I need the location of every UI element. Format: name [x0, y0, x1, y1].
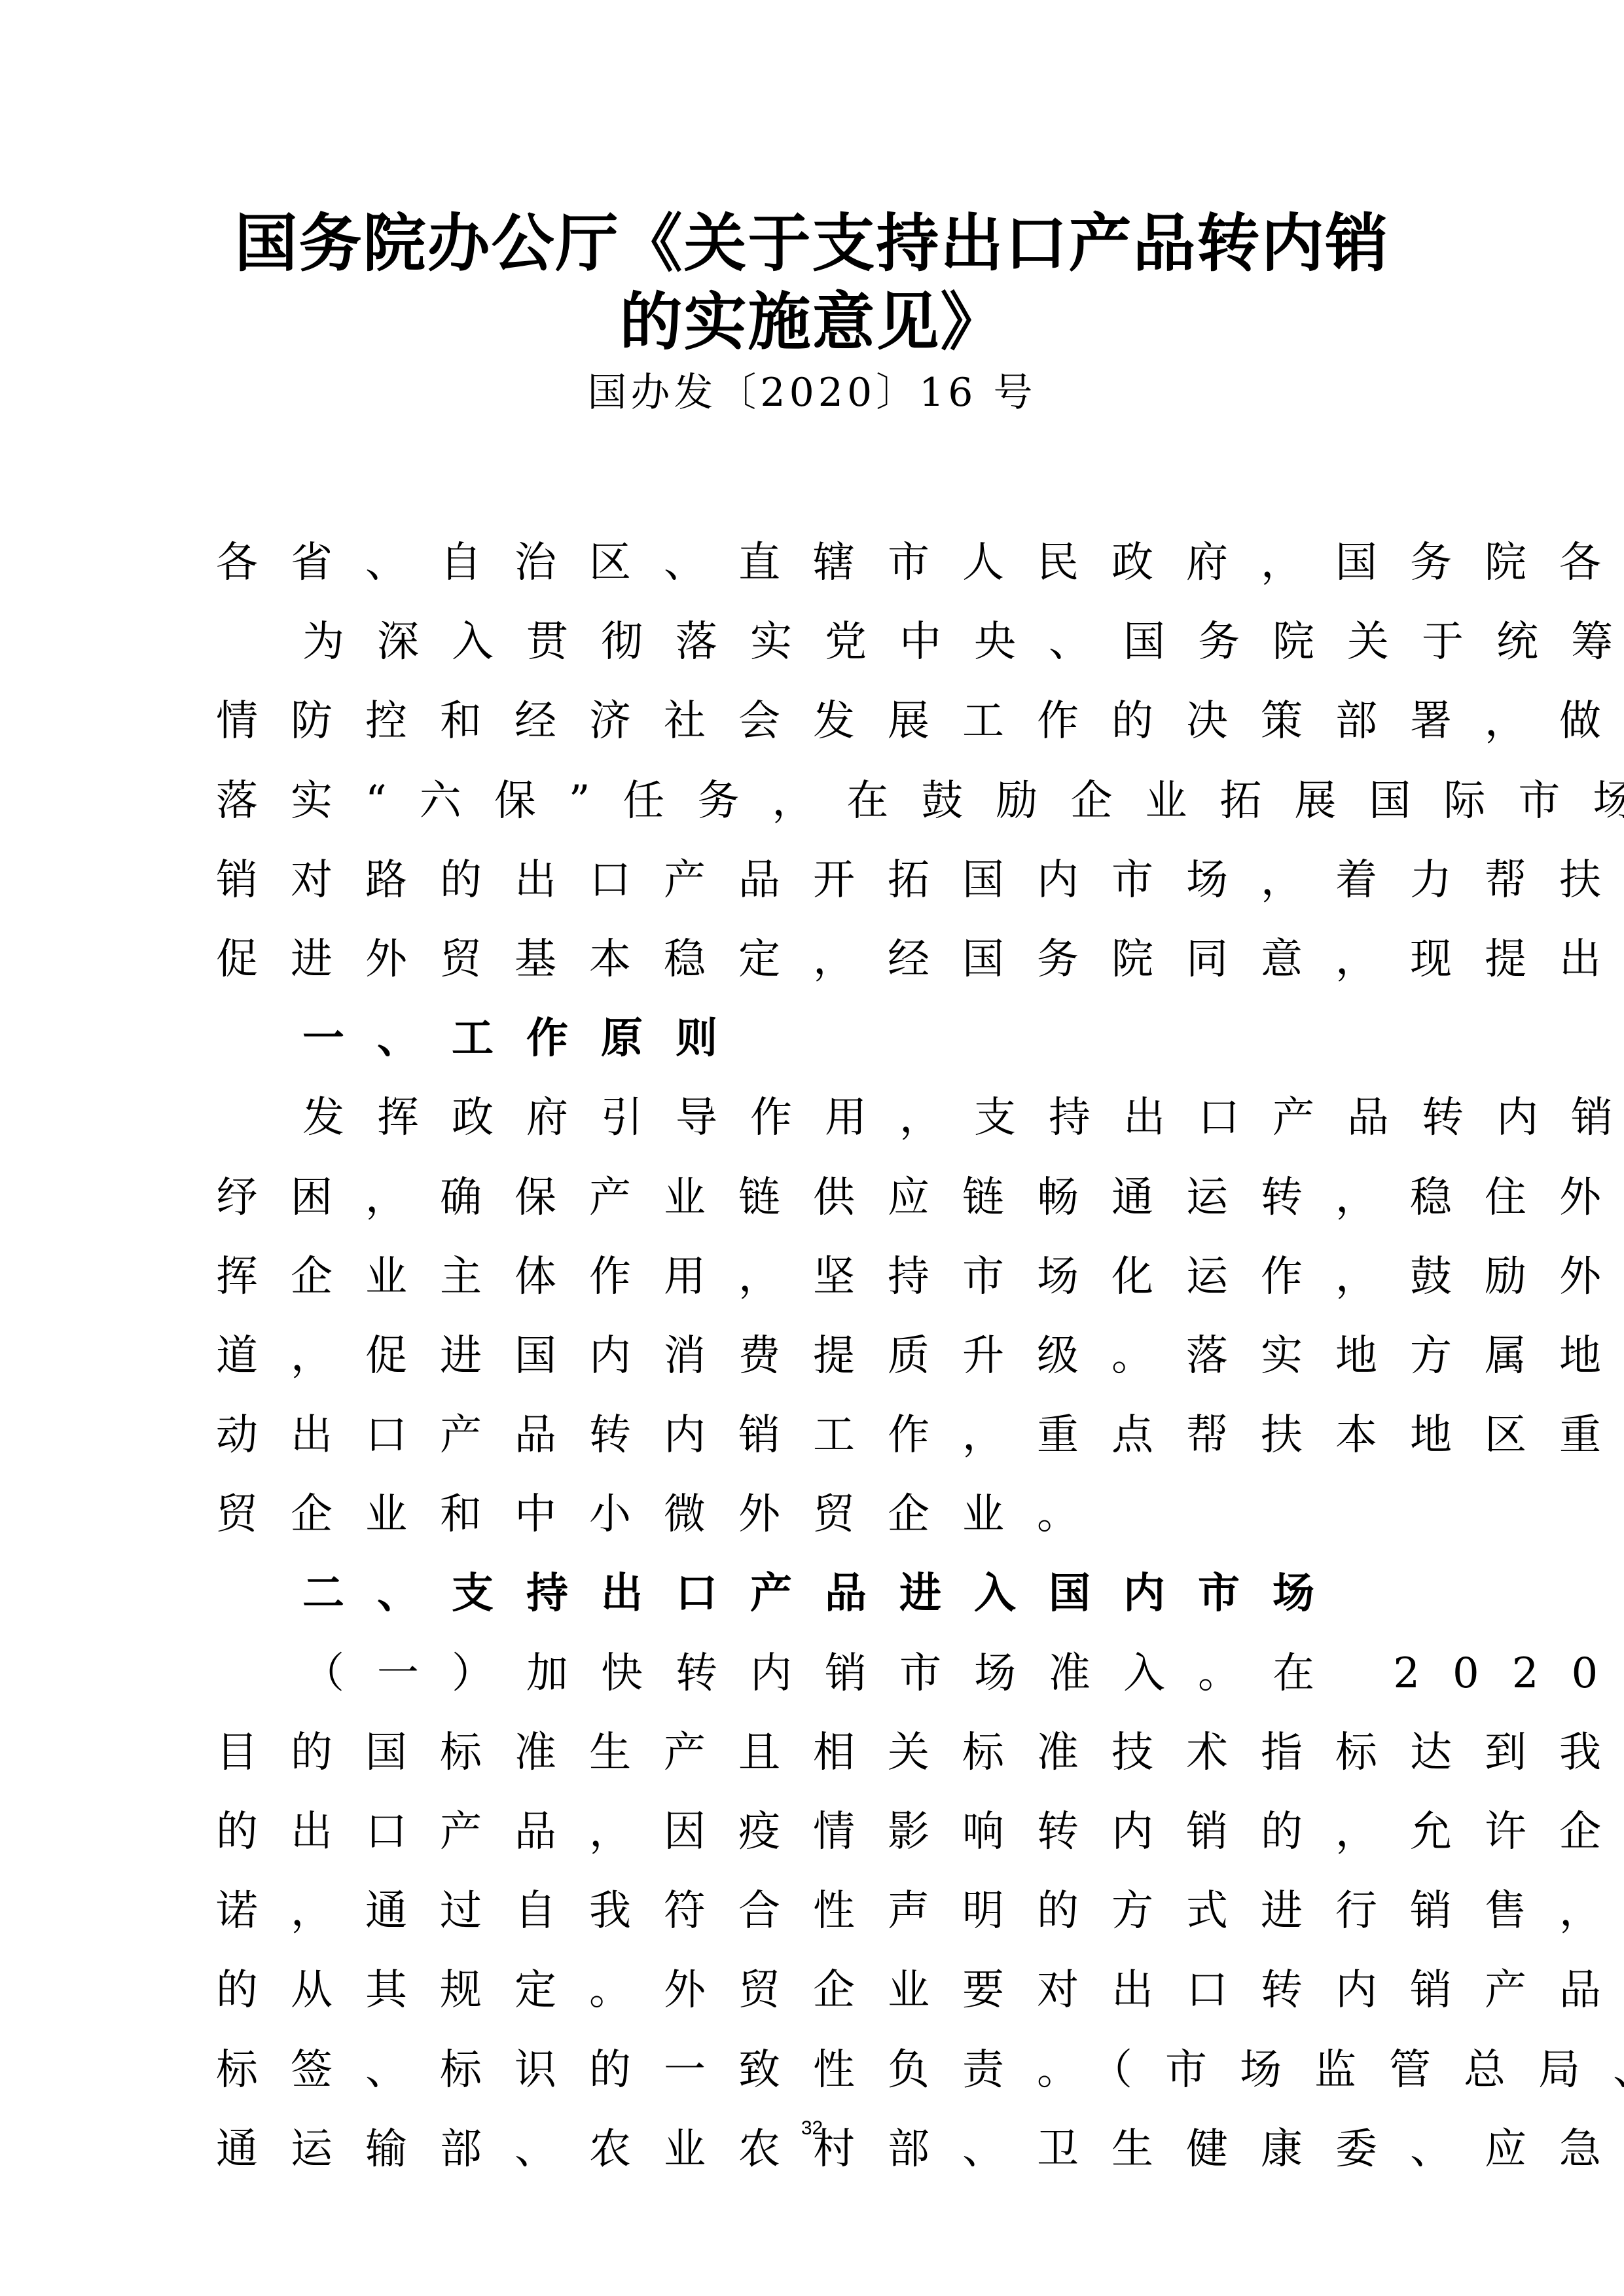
paragraph-line: 动出口产品转内销工作，重点帮扶本地区重要产业链供应链外	[216, 1396, 1424, 1475]
document-title-line-1: 国务院办公厅《关于支持出口产品转内销	[0, 204, 1624, 283]
section-heading-1: 一、工作原则	[216, 999, 1424, 1079]
paragraph-line: 道，促进国内消费提质升级。落实地方属地责任，因地制宜推	[216, 1317, 1424, 1396]
document-title-line-2: 的实施意见》	[0, 283, 1624, 361]
paragraph-line: 落实“六保”任务，在鼓励企业拓展国际市场的同时，支持适	[216, 762, 1424, 841]
paragraph-line: 为深入贯彻落实党中央、国务院关于统筹推进新冠肺炎疫	[216, 603, 1424, 682]
paragraph-line: 销对路的出口产品开拓国内市场，着力帮扶外贸企业渡过难关，	[216, 841, 1424, 920]
paragraph-line: （一）加快转内销市场准入。在 2020 年底前，对依据出口	[216, 1634, 1424, 1713]
paragraph-line: 发挥政府引导作用，支持出口产品转内销，帮助外贸企业	[216, 1079, 1424, 1158]
document-body: 各省、自治区、直辖市人民政府，国务院各部委、各直属机构： 为深入贯彻落实党中央、…	[216, 524, 1424, 2189]
salutation: 各省、自治区、直辖市人民政府，国务院各部委、各直属机构：	[216, 524, 1424, 603]
paragraph-line: 情防控和经济社会发展工作的决策部署，做好“六稳”工作、	[216, 682, 1424, 761]
paragraph-line: 诺，通过自我符合性声明的方式进行销售，法律法规另有规定	[216, 1872, 1424, 1951]
section-heading-2: 二、支持出口产品进入国内市场	[216, 1554, 1424, 1634]
paragraph-line: 目的国标准生产且相关标准技术指标达到我国强制性标准要求	[216, 1713, 1424, 1793]
paragraph-line: 贸企业和中小微外贸企业。	[216, 1475, 1424, 1554]
paragraph-line: 纾困，确保产业链供应链畅通运转，稳住外贸外资基本盘。发	[216, 1158, 1424, 1238]
page-number: 32	[0, 2115, 1624, 2142]
document-number: 国办发〔2020〕16 号	[0, 367, 1624, 419]
paragraph-line: 的出口产品，因疫情影响转内销的，允许企业作出相关书面承	[216, 1793, 1424, 1872]
paragraph-line: 挥企业主体作用，坚持市场化运作，鼓励外贸企业拓展销售渠	[216, 1238, 1424, 1317]
paragraph-line: 促进外贸基本稳定，经国务院同意，现提出以下意见：	[216, 920, 1424, 999]
paragraph-line: 的从其规定。外贸企业要对出口转内销产品加贴的中文和外文	[216, 1951, 1424, 2030]
paragraph-line: 标签、标识的一致性负责。（市场监管总局、生态环境部、交	[216, 2031, 1424, 2110]
